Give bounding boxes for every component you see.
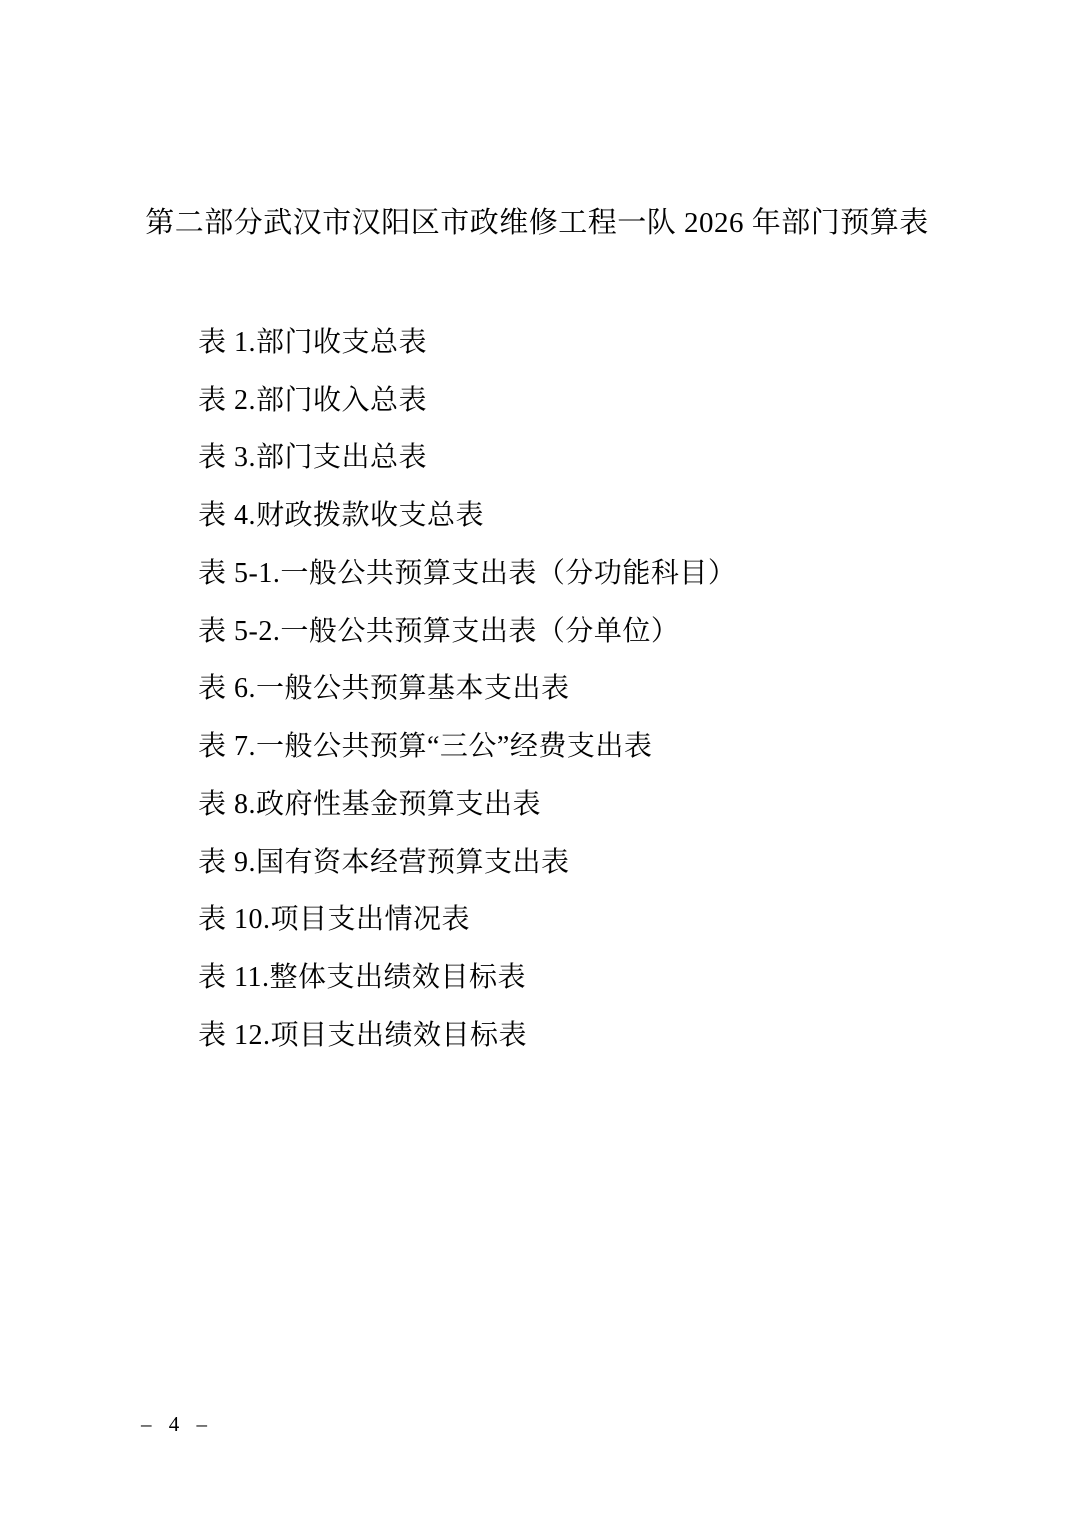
toc-item-4: 表 4.财政拨款收支总表 bbox=[198, 484, 1014, 542]
page-number: – 4 – bbox=[141, 1412, 213, 1437]
toc-item-3: 表 3.部门支出总表 bbox=[198, 427, 1014, 485]
toc-item-5-1: 表 5-1.一般公共预算支出表（分功能科目） bbox=[198, 542, 1014, 600]
table-list: 表 1.部门收支总表 表 2.部门收入总表 表 3.部门支出总表 表 4.财政拨… bbox=[198, 311, 1014, 1062]
toc-item-11: 表 11.整体支出绩效目标表 bbox=[198, 946, 1014, 1004]
document-page: 第二部分武汉市汉阳区市政维修工程一队 2026 年部门预算表 表 1.部门收支总… bbox=[0, 0, 1074, 1520]
toc-item-7: 表 7.一般公共预算“三公”经费支出表 bbox=[198, 715, 1014, 773]
toc-item-10: 表 10.项目支出情况表 bbox=[198, 889, 1014, 947]
toc-item-6: 表 6.一般公共预算基本支出表 bbox=[198, 658, 1014, 716]
toc-item-2: 表 2.部门收入总表 bbox=[198, 369, 1014, 427]
toc-item-9: 表 9.国有资本经营预算支出表 bbox=[198, 831, 1014, 889]
toc-item-5-2: 表 5-2.一般公共预算支出表（分单位） bbox=[198, 600, 1014, 658]
toc-item-1: 表 1.部门收支总表 bbox=[198, 311, 1014, 369]
toc-item-12: 表 12.项目支出绩效目标表 bbox=[198, 1004, 1014, 1062]
toc-item-8: 表 8.政府性基金预算支出表 bbox=[198, 773, 1014, 831]
page-title: 第二部分武汉市汉阳区市政维修工程一队 2026 年部门预算表 bbox=[0, 201, 1074, 245]
